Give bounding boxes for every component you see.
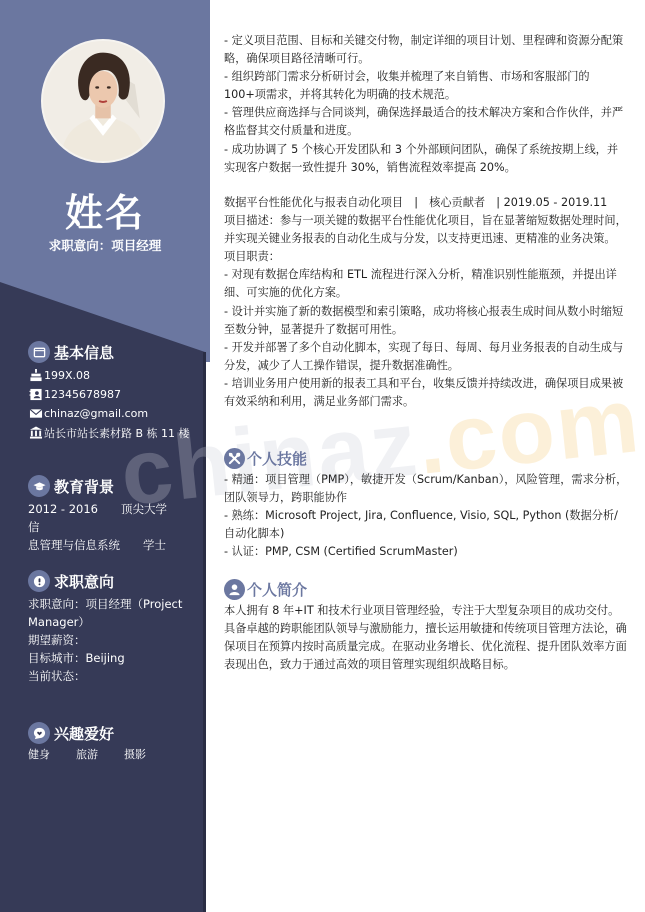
summary-text: 本人拥有 8 年+IT 和技术行业项目管理经验，专注于大型复杂项目的成功交付。具… bbox=[224, 602, 629, 674]
section-title: 基本信息 bbox=[54, 342, 114, 363]
user-icon bbox=[224, 579, 245, 600]
hobby-item: 旅游 bbox=[76, 746, 98, 762]
bullet-item: - 开发并部署了多个自动化脚本，实现了每日、每周、每月业务报表的自动生成与分发，… bbox=[224, 339, 629, 375]
hobby-item: 摄影 bbox=[124, 746, 146, 762]
section-title: 教育背景 bbox=[54, 476, 114, 497]
bullet-item: - 设计并实施了新的数据模型和索引策略，成功将核心报表生成时间从数小时缩短至数分… bbox=[224, 303, 629, 339]
info-birthdate: 199X.08 bbox=[28, 366, 190, 385]
chat-heart-icon bbox=[28, 722, 50, 744]
hobby-list: 健身 旅游 摄影 bbox=[28, 746, 172, 762]
bullet-item: - 定义项目范围、目标和关键交付物，制定详细的项目计划、里程碑和资源分配策略，确… bbox=[224, 32, 629, 68]
project-description: 项目描述：参与一项关键的数据平台性能优化项目，旨在显著缩短数据处理时间，并实现关… bbox=[224, 212, 629, 248]
candidate-name: 姓名 bbox=[0, 182, 210, 237]
avatar bbox=[41, 39, 165, 163]
section-title: 个人技能 bbox=[247, 448, 307, 469]
section-basic-info-header: 基本信息 bbox=[28, 341, 114, 363]
experience-project-2: 数据平台性能优化与报表自动化项目 | 核心贡献者 | 2019.05 - 201… bbox=[224, 194, 629, 411]
bullet-item: - 组织跨部门需求分析研讨会，收集并梳理了来自销售、市场和客服部门的100+项需… bbox=[224, 68, 629, 104]
contact-card-icon bbox=[28, 388, 43, 402]
skill-item: - 精通：项目管理（PMP），敏捷开发（Scrum/Kanban），风险管理，需… bbox=[224, 471, 629, 507]
graduation-cap-icon bbox=[28, 475, 50, 497]
hobby-item: 健身 bbox=[28, 746, 50, 762]
calendar-card-icon bbox=[28, 341, 50, 363]
bullet-item: - 成功协调了 5 个核心开发团队和 3 个外部顾问团队，确保了系统按期上线，并… bbox=[224, 141, 629, 177]
skill-item: - 熟练：Microsoft Project, Jira, Confluence… bbox=[224, 507, 629, 543]
info-email: chinaz@gmail.com bbox=[28, 404, 190, 423]
section-title: 求职意向 bbox=[54, 571, 114, 592]
info-phone: 12345678987 bbox=[28, 385, 190, 404]
portrait-image bbox=[43, 41, 163, 161]
section-education-header: 教育背景 bbox=[28, 475, 114, 497]
skill-item: - 认证：PMP, CSM (Certified ScrumMaster) bbox=[224, 543, 629, 561]
duties-label: 项目职责： bbox=[224, 248, 629, 266]
info-icon bbox=[28, 570, 50, 592]
section-title: 兴趣爱好 bbox=[54, 723, 114, 744]
basic-info-list: 199X.08 12345678987 chinaz@gmail.com 站长市… bbox=[28, 366, 190, 442]
bank-building-icon bbox=[28, 426, 43, 440]
experience-prev-bullets: - 定义项目范围、目标和关键交付物，制定详细的项目计划、里程碑和资源分配策略，确… bbox=[224, 32, 629, 177]
sidebar-edge bbox=[203, 352, 206, 912]
education-details: 2012 - 2016 顶尖大学 信 息管理与信息系统 学士 bbox=[28, 500, 193, 554]
section-skills-header: 个人技能 bbox=[224, 448, 307, 469]
bullet-item: - 培训业务用户使用新的报表工具和平台，收集反馈并持续改进，确保项目成果被有效采… bbox=[224, 375, 629, 411]
cake-icon bbox=[28, 369, 43, 383]
section-title: 个人简介 bbox=[247, 579, 307, 600]
bullet-item: - 对现有数据仓库结构和 ETL 流程进行深入分析，精准识别性能瓶颈，并提出详细… bbox=[224, 266, 629, 302]
job-intent-details: 求职意向：项目经理（Project Manager） 期望薪资： 目标城市：Be… bbox=[28, 595, 193, 685]
bullet-item: - 管理供应商选择与合同谈判，确保选择最适合的技术解决方案和合作伙伴，并严格监督… bbox=[224, 104, 629, 140]
tools-icon bbox=[224, 448, 245, 469]
section-summary-header: 个人简介 bbox=[224, 579, 307, 600]
section-hobbies-header: 兴趣爱好 bbox=[28, 722, 114, 744]
envelope-icon bbox=[28, 407, 43, 421]
section-job-intent-header: 求职意向 bbox=[28, 570, 114, 592]
skills-list: - 精通：项目管理（PMP），敏捷开发（Scrum/Kanban），风险管理，需… bbox=[224, 471, 629, 561]
project-header: 数据平台性能优化与报表自动化项目 | 核心贡献者 | 2019.05 - 201… bbox=[224, 194, 629, 212]
job-intent-subtitle: 求职意向：项目经理 bbox=[0, 236, 210, 254]
info-address: 站长市站长素材路 B 栋 11 楼 bbox=[28, 423, 190, 442]
